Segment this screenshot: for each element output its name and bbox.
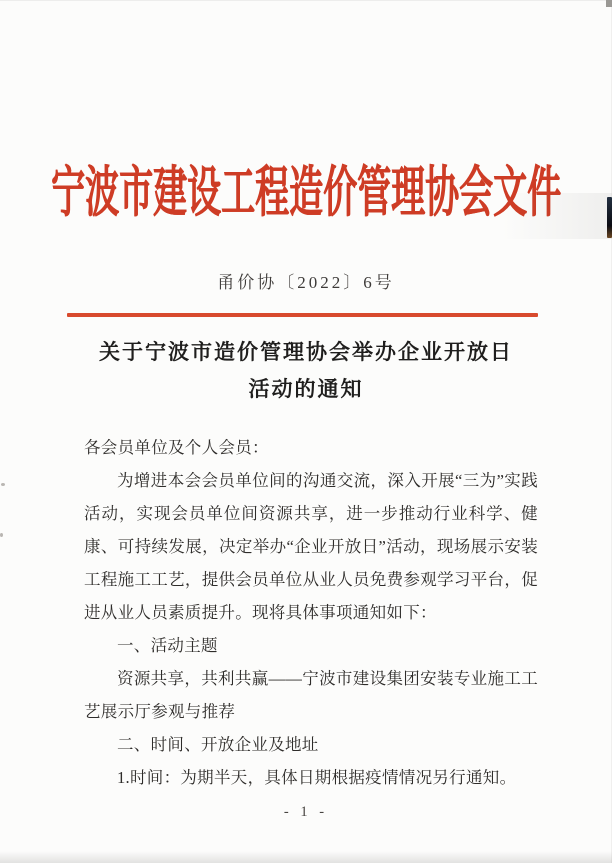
section1-heading: 一、活动主题 xyxy=(84,629,538,662)
document-number: 甬价协〔2022〕6号 xyxy=(0,268,612,298)
document-page: 宁波市建设工程造价管理协会文件 甬价协〔2022〕6号 关于宁波市造价管理协会举… xyxy=(0,0,612,863)
section2-heading: 二、时间、开放企业及地址 xyxy=(84,728,538,761)
section1-paragraph: 资源共享，共利共赢——宁波市建设集团安装专业施工工艺展示厅参观与推荐 xyxy=(84,662,538,728)
left-edge-speck xyxy=(1,483,5,486)
document-body: 各会员单位及个人会员： 为增进本会会员单位间的沟通交流，深入开展“三为”实践活动… xyxy=(84,431,538,794)
page-number: - 1 - xyxy=(0,804,612,821)
bottom-page-edge-shadow xyxy=(0,851,612,863)
document-title-line2: 活动的通知 xyxy=(56,371,556,408)
document-title: 关于宁波市造价管理协会举办企业开放日 活动的通知 xyxy=(56,334,556,408)
section2-item-time: 1.时间：为期半天，具体日期根据疫情情况另行通知。 xyxy=(84,761,538,794)
left-edge-speck xyxy=(0,533,3,537)
letterhead-divider-line xyxy=(67,313,538,317)
intro-paragraph: 为增进本会会员单位间的沟通交流，深入开展“三为”实践活动，实现会员单位间资源共享… xyxy=(84,464,538,629)
letterhead-org-title: 宁波市建设工程造价管理协会文件 xyxy=(0,122,612,268)
right-edge-ink-mark xyxy=(607,197,612,238)
document-title-line1: 关于宁波市造价管理协会举办企业开放日 xyxy=(56,334,556,371)
salutation: 各会员单位及个人会员： xyxy=(84,431,538,464)
top-right-corner-artifact xyxy=(606,0,612,7)
